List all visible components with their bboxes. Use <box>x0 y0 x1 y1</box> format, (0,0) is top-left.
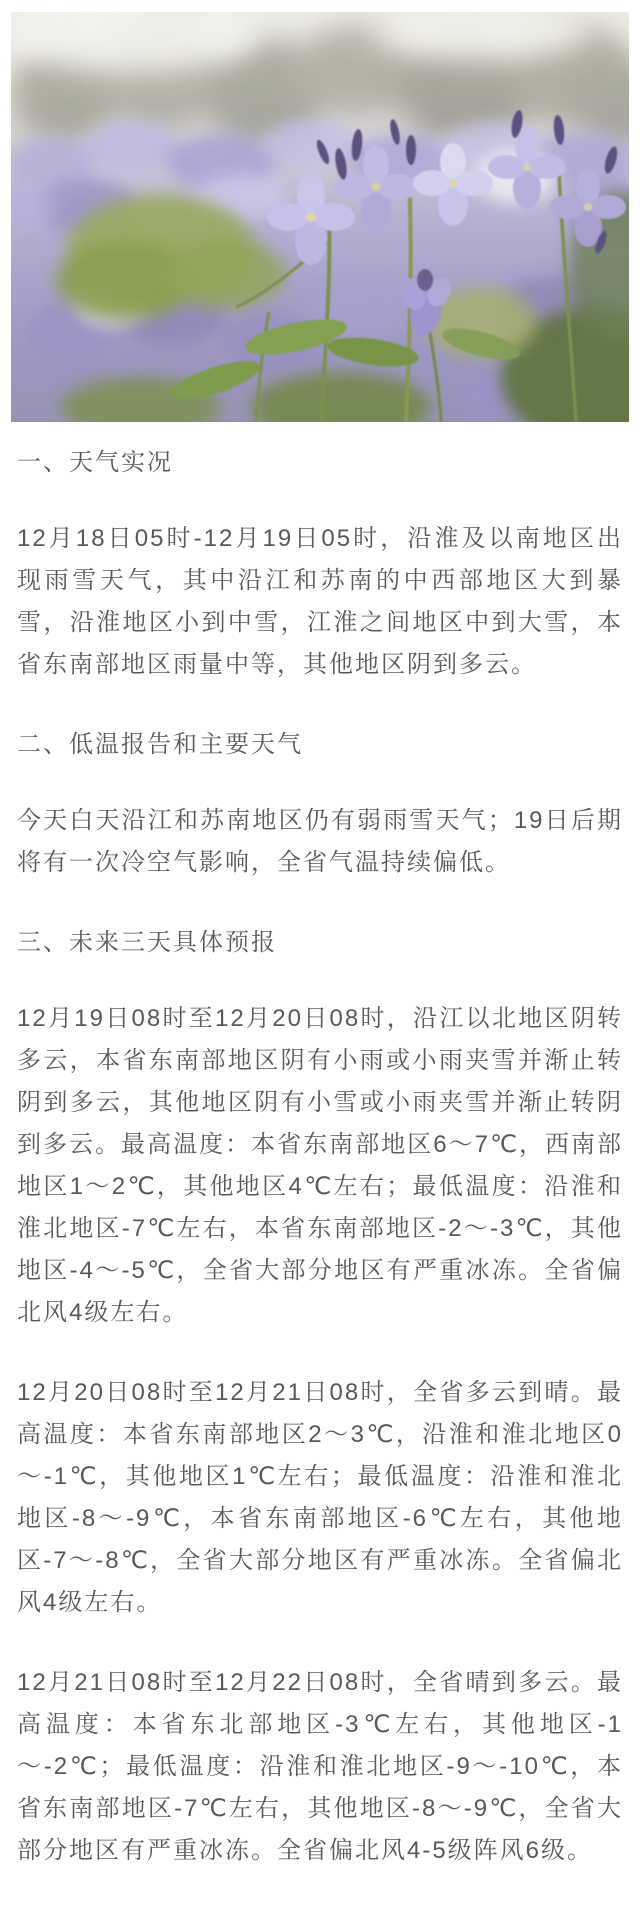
article-body: 一、天气实况 12月18日05时-12月19日05时，沿淮及以南地区出现雨雪天气… <box>0 442 640 1872</box>
paragraph-forecast-day2: 12月20日08时至12月21日08时，全省多云到晴。最高温度：本省东南部地区2… <box>17 1372 623 1624</box>
section-heading-weather-actual: 一、天气实况 <box>17 442 623 484</box>
paragraph-low-temp-report: 今天白天沿江和苏南地区仍有弱雨雪天气；19日后期将有一次冷空气影响，全省气温持续… <box>17 800 623 884</box>
paragraph-forecast-day3: 12月21日08时至12月22日08时，全省晴到多云。最高温度：本省东北部地区-… <box>17 1662 623 1872</box>
paragraph-forecast-day1: 12月19日08时至12月20日08时，沿江以北地区阴转多云，本省东南部地区阴有… <box>17 998 623 1334</box>
section-heading-low-temp-report: 二、低温报告和主要天气 <box>17 724 623 766</box>
article-page: 一、天气实况 12月18日05时-12月19日05时，沿淮及以南地区出现雨雪天气… <box>0 12 640 1872</box>
flower-field-photo-illustration <box>11 12 629 422</box>
section-heading-three-day-forecast: 三、未来三天具体预报 <box>17 922 623 964</box>
hero-photo <box>11 12 629 422</box>
paragraph-weather-actual: 12月18日05时-12月19日05时，沿淮及以南地区出现雨雪天气，其中沿江和苏… <box>17 518 623 686</box>
